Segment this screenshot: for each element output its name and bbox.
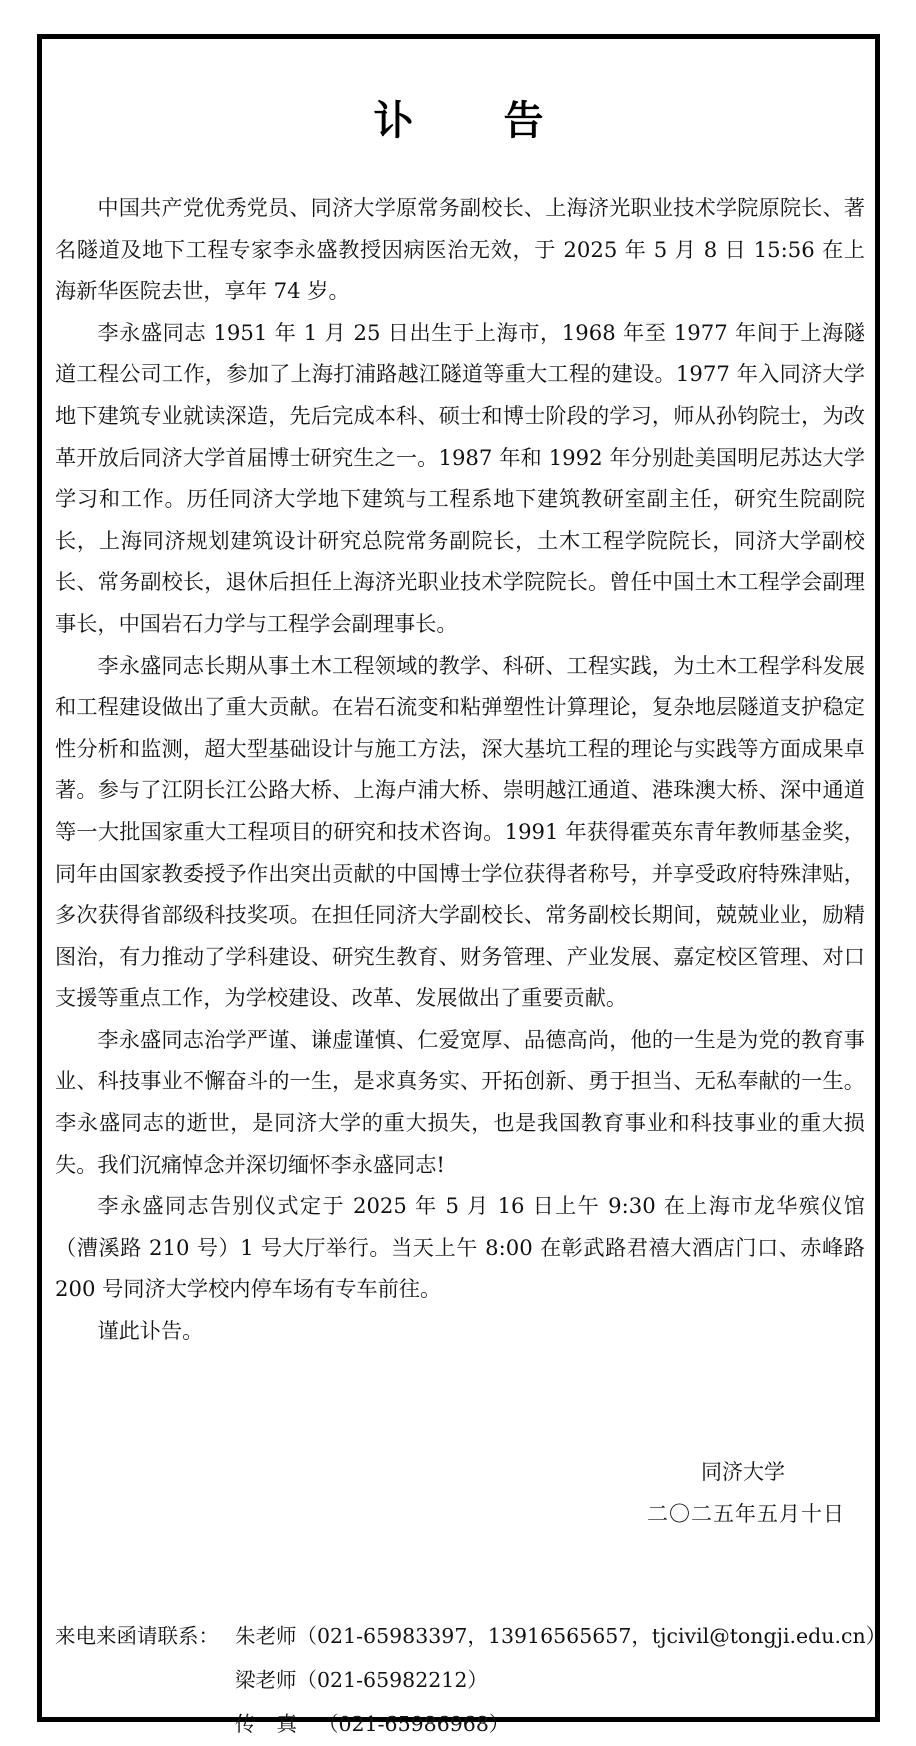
obituary-frame: 讣 告 中国共产党优秀党员、同济大学原常务副校长、上海济光职业技术学院原院长、著…	[37, 34, 880, 1722]
fax-label: 传真	[235, 1702, 318, 1746]
fax-value: （021-65986968）	[318, 1702, 509, 1746]
paragraph-biography: 李永盛同志 1951 年 1 月 25 日出生于上海市，1968 年至 1977…	[55, 312, 865, 645]
contact-label: 来电来函请联系：	[55, 1614, 235, 1658]
contact-zhu: 朱老师（021-65983397，13916565657，tjcivil@ton…	[235, 1614, 886, 1658]
indent-spacer	[55, 1702, 235, 1746]
page-title: 讣 告	[42, 89, 875, 146]
paragraph-closing: 谨此讣告。	[55, 1310, 865, 1352]
contact-row: 传真 （021-65986968）	[55, 1702, 886, 1746]
paragraph-contributions: 李永盛同志长期从事土木工程领域的教学、科研、工程实践，为土木工程学科发展和工程建…	[55, 645, 865, 1019]
signature-date: 二〇二五年五月十日	[647, 1499, 845, 1529]
paragraph-funeral: 李永盛同志告别仪式定于 2025 年 5 月 16 日上午 9:30 在上海市龙…	[55, 1185, 865, 1310]
paragraph-intro: 中国共产党优秀党员、同济大学原常务副校长、上海济光职业技术学院原院长、著名隧道及…	[55, 187, 865, 312]
indent-spacer	[55, 1658, 235, 1702]
paragraph-tribute: 李永盛同志治学严谨、谦虚谨慎、仁爱宽厚、品德高尚，他的一生是为党的教育事业、科技…	[55, 1019, 865, 1185]
obituary-body: 中国共产党优秀党员、同济大学原常务副校长、上海济光职业技术学院原院长、著名隧道及…	[55, 187, 865, 1352]
contact-liang: 梁老师（021-65982212）	[235, 1658, 488, 1702]
contact-row: 梁老师（021-65982212）	[55, 1658, 886, 1702]
contact-block: 来电来函请联系： 朱老师（021-65983397，13916565657，tj…	[55, 1614, 886, 1746]
signature-organization: 同济大学	[701, 1457, 785, 1487]
contact-row: 来电来函请联系： 朱老师（021-65983397，13916565657，tj…	[55, 1614, 886, 1658]
